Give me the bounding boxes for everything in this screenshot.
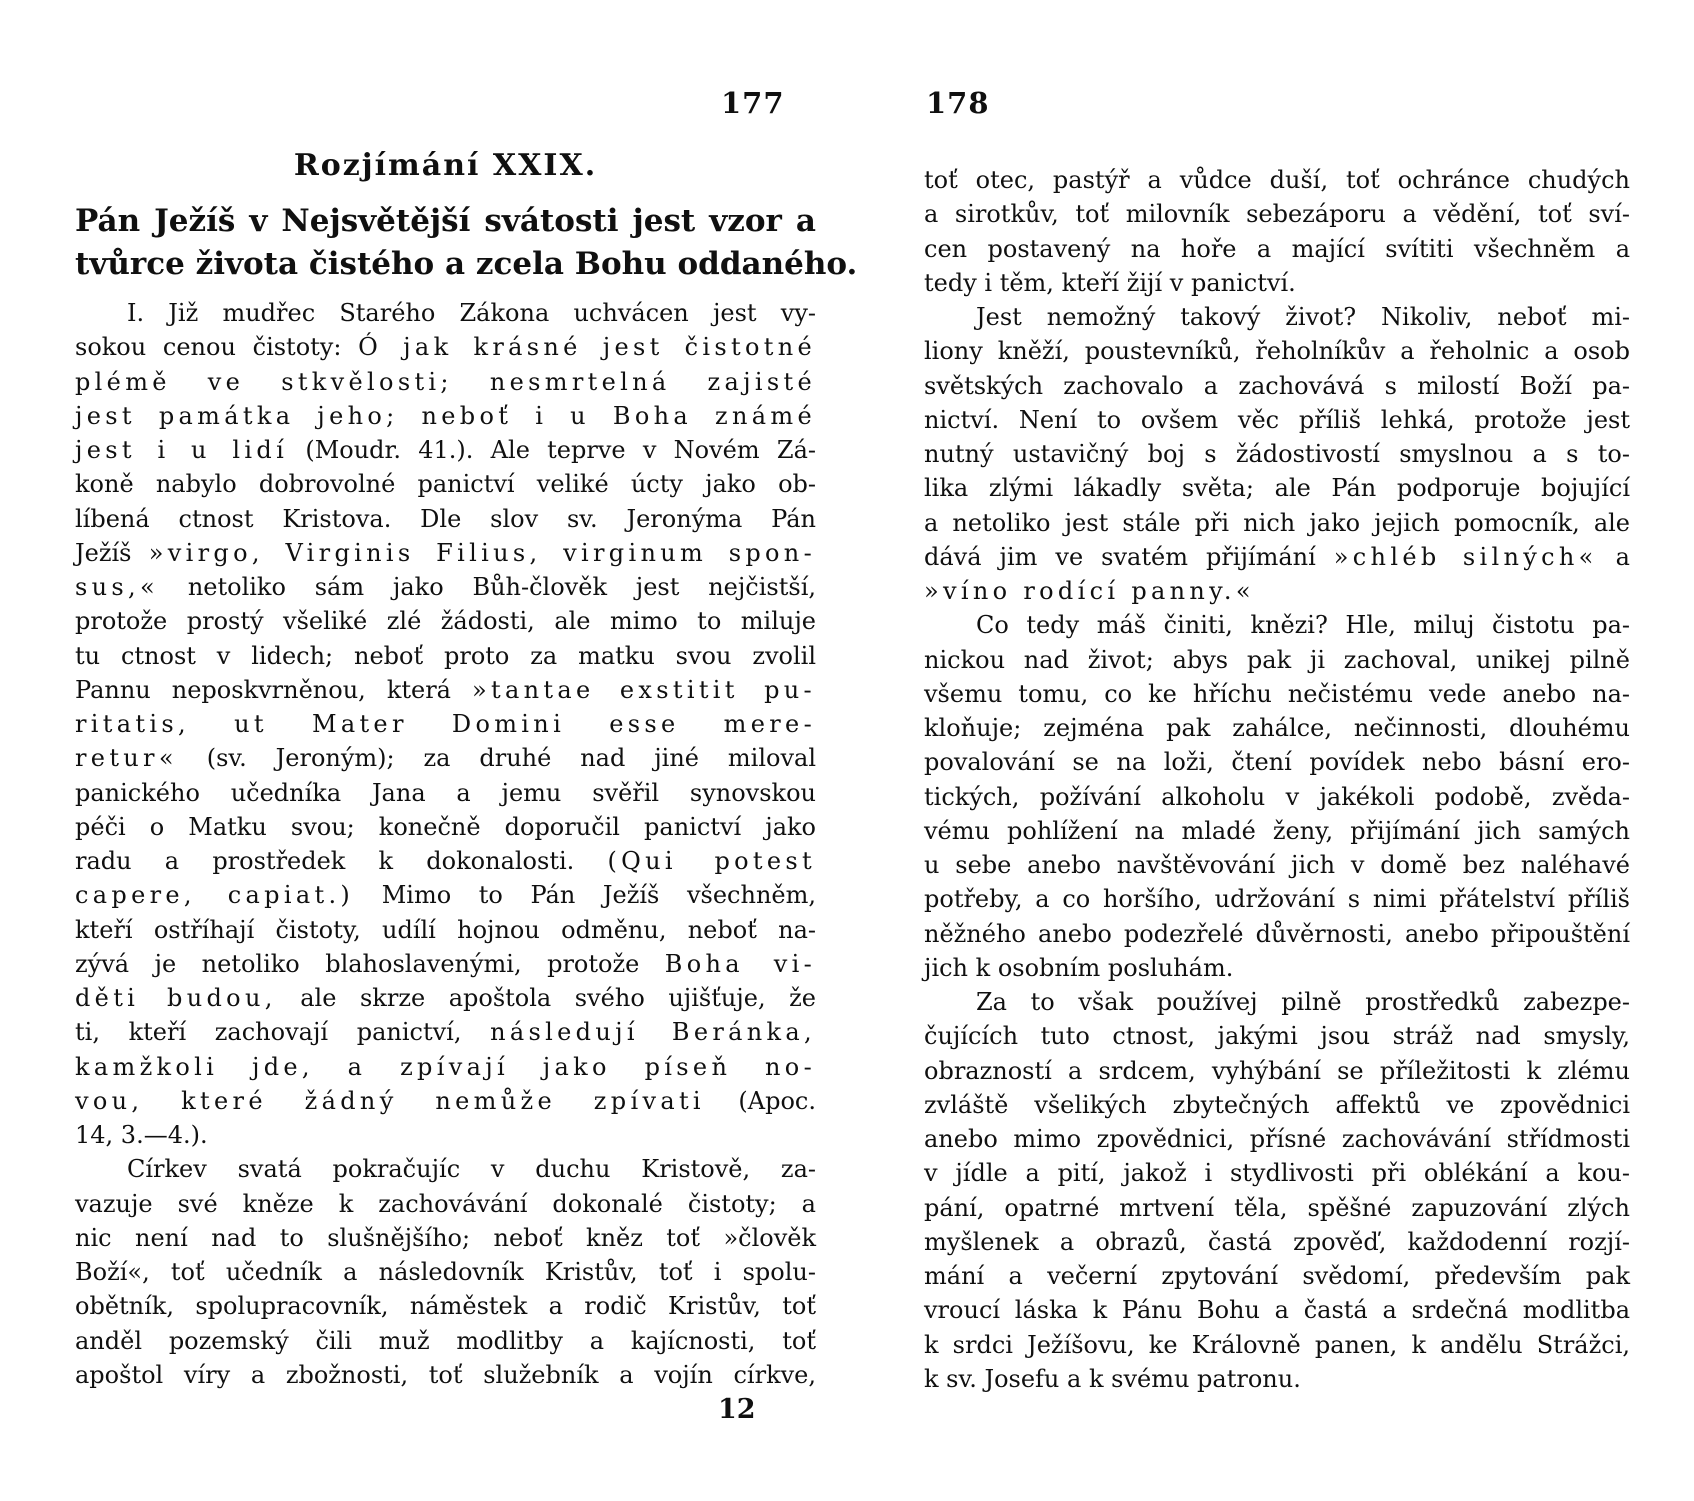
text-segment: nutný ustavičný boj s žádostivostí smysl… bbox=[924, 440, 1630, 468]
text-line: péči o Matku svou; konečně doporučil pan… bbox=[75, 810, 816, 844]
book-page-177: 177 Rozjímání XXIX. Pán Ježíš v Nejsvětě… bbox=[75, 0, 816, 1501]
chapter-title: Rozjímání XXIX. bbox=[75, 148, 816, 183]
text-segment: myšlenek a obrazů, častá zpověď, každode… bbox=[924, 1228, 1630, 1256]
text-segment: péči o Matku svou; konečně doporučil pan… bbox=[75, 813, 816, 841]
text-line: jest i u lidí (Moudr. 41.). Ale teprve v… bbox=[75, 433, 816, 467]
text-line: Jest nemožný takový život? Nikoliv, nebo… bbox=[924, 300, 1630, 334]
body-text-right: toť otec, pastýř a vůdce duší, toť ochrá… bbox=[924, 163, 1630, 1396]
text-segment: liony kněží, poustevníků, řeholníkův a ř… bbox=[924, 337, 1630, 365]
text-line: obětník, spolupracovník, náměstek a rodi… bbox=[75, 1289, 816, 1323]
text-line: vému pohlížení na mladé ženy, přijímání … bbox=[924, 814, 1630, 848]
text-line: sus,« netoliko sám jako Bůh-člověk jest … bbox=[75, 570, 816, 604]
text-segment: I. Již mudřec Starého Zákona uchvácen je… bbox=[127, 299, 816, 327]
text-segment: Za to však používej pilně prostředků zab… bbox=[976, 988, 1630, 1016]
signature-mark: 12 bbox=[718, 1394, 756, 1425]
text-line: cen postavený na hoře a mající svítiti v… bbox=[924, 232, 1630, 266]
text-line: Co tedy máš činiti, knězi? Hle, miluj či… bbox=[924, 608, 1630, 642]
text-segment: k srdci Ježíšovu, ke Královně panen, k a… bbox=[924, 1331, 1630, 1359]
text-line: radu a prostředek k dokonalosti. (Qui po… bbox=[75, 844, 816, 878]
text-segment: v jídle a pití, jakož i stydlivosti při … bbox=[924, 1159, 1630, 1187]
text-line: vou, které žádný nemůže zpívati (Apoc. bbox=[75, 1084, 816, 1118]
emphasized-text-segment: ritatis, ut Mater Domini esse mere- bbox=[75, 710, 816, 738]
text-line: mání a večerní zpytování svědomí, předev… bbox=[924, 1259, 1630, 1293]
text-segment: a bbox=[1598, 543, 1630, 571]
text-segment: čujících tuto ctnost, jakými jsou stráž … bbox=[924, 1022, 1630, 1050]
text-segment: vému pohlížení na mladé ženy, přijímání … bbox=[924, 817, 1630, 845]
text-segment: sokou cenou čistoty: bbox=[75, 333, 358, 361]
emphasized-text-segment: capere, capiat.) bbox=[75, 881, 354, 909]
text-line: k sv. Josefu a k svému patronu. bbox=[924, 1362, 1630, 1396]
text-segment: něžného anebo podezřelé důvěrnosti, aneb… bbox=[924, 920, 1630, 948]
text-line: světských zachovalo a zachovává s milost… bbox=[924, 369, 1630, 403]
text-segment: lika zlými lákadly světa; ale Pán podpor… bbox=[924, 474, 1630, 502]
text-line: myšlenek a obrazů, častá zpověď, každode… bbox=[924, 1225, 1630, 1259]
text-segment: k sv. Josefu a k svému patronu. bbox=[924, 1365, 1301, 1393]
text-line: dává jim ve svatém přijímání »chléb siln… bbox=[924, 540, 1630, 574]
text-line: kteří ostříhají čistoty, udílí hojnou od… bbox=[75, 913, 816, 947]
emphasized-text-segment: následují Beránka, bbox=[490, 1018, 816, 1046]
text-segment: anděl pozemský čili muž modlitby a kajíc… bbox=[75, 1327, 816, 1355]
text-line: nickou nad život; abys pak ji zachoval, … bbox=[924, 643, 1630, 677]
text-line: Boží«, toť učedník a následovník Kristův… bbox=[75, 1255, 816, 1289]
text-line: v jídle a pití, jakož i stydlivosti při … bbox=[924, 1156, 1630, 1190]
text-line: obrazností a srdcem, vyhýbání se příleži… bbox=[924, 1054, 1630, 1088]
text-line: 14, 3.—4.). bbox=[75, 1118, 816, 1152]
text-line: potřeby, a co horšího, udržování s nimi … bbox=[924, 882, 1630, 916]
text-segment: dává jim ve svatém přijímání bbox=[924, 543, 1334, 571]
page-number-right: 178 bbox=[926, 86, 990, 120]
emphasized-text-segment: sus,« bbox=[75, 573, 159, 601]
text-segment: ti, kteří zachovají panictví, bbox=[75, 1018, 490, 1046]
text-segment: Jest nemožný takový život? Nikoliv, nebo… bbox=[976, 303, 1630, 331]
text-line: u sebe anebo navštěvování jich v domě be… bbox=[924, 848, 1630, 882]
text-segment: Boží«, toť učedník a následovník Kristův… bbox=[75, 1258, 816, 1286]
text-segment: radu a prostředek k dokonalosti. bbox=[75, 847, 607, 875]
text-line: liony kněží, poustevníků, řeholníkův a ř… bbox=[924, 334, 1630, 368]
text-line: nictví. Není to ovšem věc příliš lehká, … bbox=[924, 403, 1630, 437]
emphasized-text-segment: (Qui potest bbox=[607, 847, 816, 875]
text-segment: Ježíš bbox=[75, 539, 149, 567]
text-segment: Pannu neposkvrněnou, která bbox=[75, 676, 472, 704]
text-segment: kloňuje; zejména pak zahálce, nečinnosti… bbox=[924, 714, 1630, 742]
emphasized-text-segment: »víno rodící panny.« bbox=[924, 577, 1255, 605]
text-line: jich k osobním posluhám. bbox=[924, 951, 1630, 985]
text-line: tických, požívání alkoholu v jakékoli po… bbox=[924, 780, 1630, 814]
text-segment: koně nabylo dobrovolné panictví veliké ú… bbox=[75, 470, 816, 498]
text-segment: Co tedy máš činiti, knězi? Hle, miluj či… bbox=[976, 611, 1630, 639]
text-line: vazuje své kněze k zachovávání dokonalé … bbox=[75, 1187, 816, 1221]
emphasized-text-segment: »virgo, Virginis Filius, virginum spon- bbox=[149, 539, 816, 567]
text-segment: (Apoc. bbox=[705, 1087, 816, 1115]
text-line: apoštol víry a zbožnosti, toť služebník … bbox=[75, 1358, 816, 1392]
emphasized-text-segment: děti budou, bbox=[75, 984, 277, 1012]
text-segment: 14, 3.—4.). bbox=[75, 1121, 208, 1149]
text-segment: protože prostý všeliké zlé žádosti, ale … bbox=[75, 607, 816, 635]
text-line: k srdci Ježíšovu, ke Královně panen, k a… bbox=[924, 1328, 1630, 1362]
emphasized-text-segment: jest i u lidí bbox=[75, 436, 288, 464]
text-segment: vazuje své kněze k zachovávání dokonalé … bbox=[75, 1190, 816, 1218]
text-line: tu ctnost v lidech; neboť proto za matku… bbox=[75, 639, 816, 673]
chapter-heading: Pán Ježíš v Nejsvětější svátosti jest vz… bbox=[75, 200, 816, 286]
text-line: něžného anebo podezřelé důvěrnosti, aneb… bbox=[924, 917, 1630, 951]
text-line: retur« (sv. Jeroným); za druhé nad jiné … bbox=[75, 741, 816, 775]
text-line: capere, capiat.) Mimo to Pán Ježíš všech… bbox=[75, 878, 816, 912]
text-segment: vroucí láska k Pánu Bohu a častá a srdeč… bbox=[924, 1296, 1630, 1324]
chapter-heading-line: Pán Ježíš v Nejsvětější svátosti jest vz… bbox=[75, 200, 816, 243]
text-line: protože prostý všeliké zlé žádosti, ale … bbox=[75, 604, 816, 638]
text-line: anebo mimo zpovědnici, přísné zachováván… bbox=[924, 1122, 1630, 1156]
text-line: Pannu neposkvrněnou, která »tantae exsti… bbox=[75, 673, 816, 707]
text-segment: mání a večerní zpytování svědomí, předev… bbox=[924, 1262, 1630, 1290]
text-line: čujících tuto ctnost, jakými jsou stráž … bbox=[924, 1019, 1630, 1053]
emphasized-text-segment: »chléb silných« bbox=[1334, 543, 1598, 571]
text-segment: obrazností a srdcem, vyhýbání se příleži… bbox=[924, 1057, 1630, 1085]
text-line: Za to však používej pilně prostředků zab… bbox=[924, 985, 1630, 1019]
text-segment: u sebe anebo navštěvování jich v domě be… bbox=[924, 851, 1630, 879]
page-number-left: 177 bbox=[721, 86, 785, 120]
text-segment: světských zachovalo a zachovává s milost… bbox=[924, 372, 1630, 400]
body-text-left: I. Již mudřec Starého Zákona uchvácen je… bbox=[75, 296, 816, 1392]
text-segment: (Moudr. 41.). Ale teprve v Novém Zá- bbox=[288, 436, 816, 464]
text-line: ritatis, ut Mater Domini esse mere- bbox=[75, 707, 816, 741]
text-line: I. Již mudřec Starého Zákona uchvácen je… bbox=[75, 296, 816, 330]
text-line: zývá je netoliko blahoslavenými, protože… bbox=[75, 947, 816, 981]
text-segment: kteří ostříhají čistoty, udílí hojnou od… bbox=[75, 916, 816, 944]
text-line: anděl pozemský čili muž modlitby a kajíc… bbox=[75, 1324, 816, 1358]
text-segment: cen postavený na hoře a mající svítiti v… bbox=[924, 235, 1630, 263]
text-segment: všemu tomu, co ke hříchu nečistému vede … bbox=[924, 680, 1630, 708]
text-segment: Církev svatá pokračujíc v duchu Kristově… bbox=[127, 1155, 816, 1183]
text-segment: toť otec, pastýř a vůdce duší, toť ochrá… bbox=[924, 166, 1630, 194]
text-line: toť otec, pastýř a vůdce duší, toť ochrá… bbox=[924, 163, 1630, 197]
text-line: nic není nad to slušnějšího; neboť kněz … bbox=[75, 1221, 816, 1255]
text-line: tedy i těm, kteří žijí v panictví. bbox=[924, 266, 1630, 300]
text-segment: a netoliko jest stále při nich jako jeji… bbox=[924, 509, 1630, 537]
emphasized-text-segment: vou, které žádný nemůže zpívati bbox=[75, 1087, 705, 1115]
text-segment: ale skrze apoštola svého ujišťuje, že bbox=[277, 984, 816, 1012]
text-line: a netoliko jest stále při nich jako jeji… bbox=[924, 506, 1630, 540]
chapter-heading-line: tvůrce života čistého a zcela Bohu oddan… bbox=[75, 243, 816, 286]
text-segment: jich k osobním posluhám. bbox=[924, 954, 1233, 982]
text-segment: potřeby, a co horšího, udržování s nimi … bbox=[924, 885, 1630, 913]
text-segment: nickou nad život; abys pak ji zachoval, … bbox=[924, 646, 1630, 674]
text-segment: a sirotkův, toť milovník sebezáporu a vě… bbox=[924, 200, 1630, 228]
emphasized-text-segment: kamžkoli jde, a zpívají jako píseň no- bbox=[75, 1053, 816, 1081]
text-segment: pání, opatrné mrtvení těla, spěšné zapuz… bbox=[924, 1194, 1630, 1222]
text-line: nutný ustavičný boj s žádostivostí smysl… bbox=[924, 437, 1630, 471]
text-line: povalování se na loži, čtení povídek neb… bbox=[924, 745, 1630, 779]
text-line: plémě ve stkvělosti; nesmrtelná zajisté bbox=[75, 365, 816, 399]
text-segment: obětník, spolupracovník, náměstek a rodi… bbox=[75, 1292, 816, 1320]
text-line: zvláště všelikých zbytečných affektů ve … bbox=[924, 1088, 1630, 1122]
text-segment: nictví. Není to ovšem věc příliš lehká, … bbox=[924, 406, 1630, 434]
emphasized-text-segment: Boha vi- bbox=[665, 950, 816, 978]
text-segment: zývá je netoliko blahoslavenými, protože bbox=[75, 950, 665, 978]
text-segment: anebo mimo zpovědnici, přísné zachováván… bbox=[924, 1125, 1630, 1153]
text-segment: tických, požívání alkoholu v jakékoli po… bbox=[924, 783, 1630, 811]
text-line: vroucí láska k Pánu Bohu a častá a srdeč… bbox=[924, 1293, 1630, 1327]
text-segment: tu ctnost v lidech; neboť proto za matku… bbox=[75, 642, 816, 670]
text-line: a sirotkův, toť milovník sebezáporu a vě… bbox=[924, 197, 1630, 231]
emphasized-text-segment: plémě ve stkvělosti; nesmrtelná zajisté bbox=[75, 368, 816, 396]
text-segment: Mimo to Pán Ježíš všechněm, bbox=[354, 881, 816, 909]
text-line: kamžkoli jde, a zpívají jako píseň no- bbox=[75, 1050, 816, 1084]
text-segment: povalování se na loži, čtení povídek neb… bbox=[924, 748, 1630, 776]
text-line: děti budou, ale skrze apoštola svého uji… bbox=[75, 981, 816, 1015]
text-line: Církev svatá pokračujíc v duchu Kristově… bbox=[75, 1152, 816, 1186]
text-line: sokou cenou čistoty: Ó jak krásné jest č… bbox=[75, 330, 816, 364]
text-line: koně nabylo dobrovolné panictví veliké ú… bbox=[75, 467, 816, 501]
text-line: lika zlými lákadly světa; ale Pán podpor… bbox=[924, 471, 1630, 505]
text-segment: líbená ctnost Kristova. Dle slov sv. Jer… bbox=[75, 505, 816, 533]
emphasized-text-segment: retur« bbox=[75, 744, 178, 772]
emphasized-text-segment: Ó jak krásné jest čistotné bbox=[358, 333, 816, 361]
text-segment: tedy i těm, kteří žijí v panictví. bbox=[924, 269, 1296, 297]
text-segment: (sv. Jeroným); za druhé nad jiné miloval bbox=[178, 744, 816, 772]
scanned-book-spread: { "document": { "pages": [ { "number": "… bbox=[0, 0, 1694, 1501]
text-line: Ježíš »virgo, Virginis Filius, virginum … bbox=[75, 536, 816, 570]
text-segment: apoštol víry a zbožnosti, toť služebník … bbox=[75, 1361, 816, 1389]
text-segment: nic není nad to slušnějšího; neboť kněz … bbox=[75, 1224, 816, 1252]
text-segment: zvláště všelikých zbytečných affektů ve … bbox=[924, 1091, 1630, 1119]
text-line: jest památka jeho; neboť i u Boha známé bbox=[75, 399, 816, 433]
text-line: pání, opatrné mrtvení těla, spěšné zapuz… bbox=[924, 1191, 1630, 1225]
book-page-178: 178 toť otec, pastýř a vůdce duší, toť o… bbox=[924, 0, 1630, 1501]
text-segment: netoliko sám jako Bůh-člověk jest nejčis… bbox=[159, 573, 816, 601]
text-line: kloňuje; zejména pak zahálce, nečinnosti… bbox=[924, 711, 1630, 745]
text-line: »víno rodící panny.« bbox=[924, 574, 1630, 608]
emphasized-text-segment: »tantae exstitit pu- bbox=[472, 676, 816, 704]
text-segment: panického učedníka Jana a jemu svěřil sy… bbox=[75, 779, 816, 807]
text-line: ti, kteří zachovají panictví, následují … bbox=[75, 1015, 816, 1049]
emphasized-text-segment: jest památka jeho; neboť i u Boha známé bbox=[75, 402, 816, 430]
text-line: líbená ctnost Kristova. Dle slov sv. Jer… bbox=[75, 502, 816, 536]
text-line: všemu tomu, co ke hříchu nečistému vede … bbox=[924, 677, 1630, 711]
text-line: panického učedníka Jana a jemu svěřil sy… bbox=[75, 776, 816, 810]
